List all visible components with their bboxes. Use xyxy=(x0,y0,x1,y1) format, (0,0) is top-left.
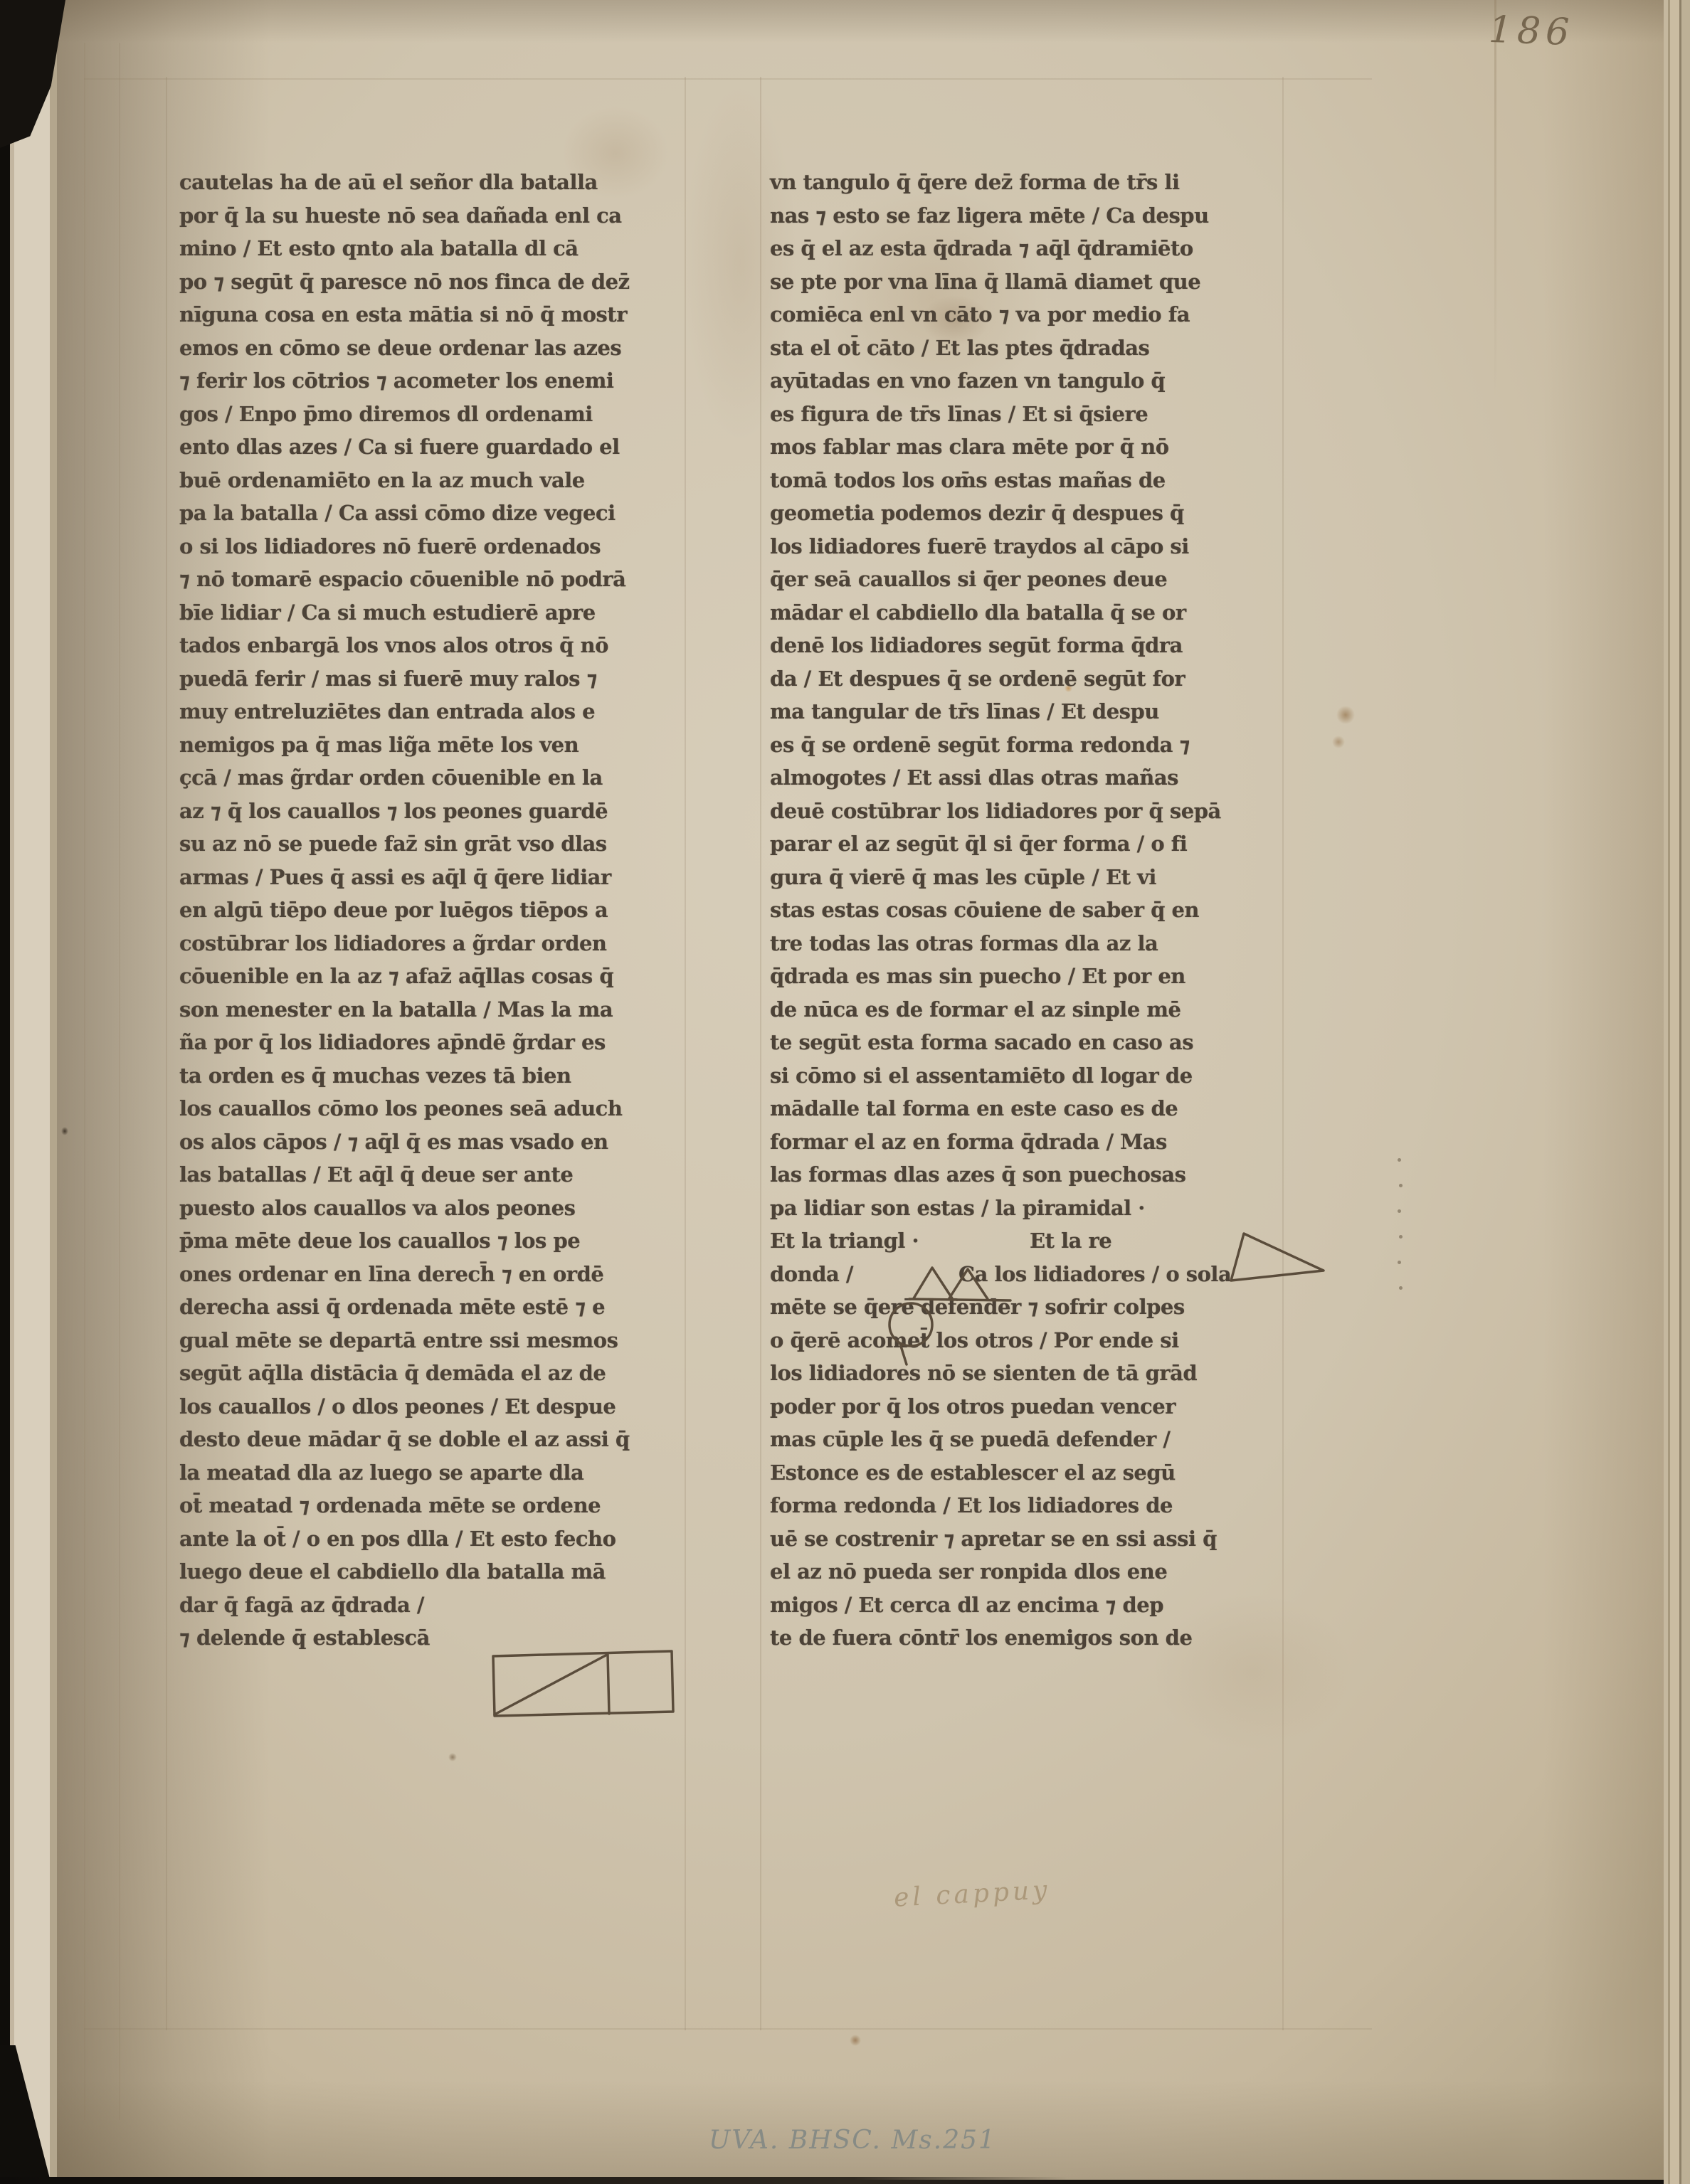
ruling-line xyxy=(166,77,167,2030)
manuscript-text-line: la meatad dla az luego se aparte dla xyxy=(179,1456,699,1490)
manuscript-text-line: puedā ferir / mas si fuerē muy ralos ⁊ xyxy=(179,662,699,696)
manuscript-text-line: forma redonda / Et los lidiadores de xyxy=(770,1489,1289,1522)
manuscript-text-line: tre todas las otras formas dla az la xyxy=(770,927,1289,960)
manuscript-text-line: o si los lidiadores nō fuerē ordenados xyxy=(179,530,699,563)
manuscript-text-line: es q̄ el az esta q̄drada ⁊ aq̄l q̄dramiē… xyxy=(770,232,1289,265)
pyramid-diagram xyxy=(1230,1231,1326,1285)
manuscript-text-line: los cauallos / o dlos peones / Et despue xyxy=(179,1390,699,1424)
manuscript-text-line: nas ⁊ esto se faz ligera mēte / Ca despu xyxy=(770,199,1289,233)
manuscript-text-line: gual mēte se departā entre ssi mesmos xyxy=(179,1324,699,1357)
manuscript-text-line: pa la batalla / Ca assi cōmo dize vegeci xyxy=(179,497,699,530)
page-edge xyxy=(1543,0,1664,2180)
manuscript-text-line: armas / Pues q̄ assi es aq̄l q̄ q̄ere li… xyxy=(179,861,699,894)
manuscript-text-line: es q̄ se ordenē segūt forma redonda ⁊ xyxy=(770,728,1289,762)
manuscript-text-line: por q̄ la su hueste nō sea dañada enl ca xyxy=(179,199,699,233)
manuscript-text-line: ento dlas azes / Ca si fuere guardado el xyxy=(179,430,699,464)
manuscript-text-line: mas cūple les q̄ se puedā defender / xyxy=(770,1423,1289,1456)
manuscript-text-line: az ⁊ q̄ los cauallos ⁊ los peones guardē xyxy=(179,795,699,828)
manuscript-text-line: muy entreluziētes dan entrada alos e xyxy=(179,695,699,728)
manuscript-text-line: puesto alos cauallos va alos peones xyxy=(179,1192,699,1225)
manuscript-text-line: po ⁊ segūt q̄ paresce nō nos finca de de… xyxy=(179,265,699,299)
stain xyxy=(61,1127,68,1135)
pricking-hole xyxy=(1399,1286,1403,1290)
manuscript-text-line: geometia podemos dezir q̄ despues q̄ xyxy=(770,497,1289,530)
manuscript-text-line: derecha assi q̄ ordenada mēte estē ⁊ e xyxy=(179,1290,699,1324)
pricking-hole xyxy=(1399,1184,1403,1187)
manuscript-text-line: ⁊ nō tomarē espacio cōuenible nō podrā xyxy=(179,563,699,596)
manuscript-text-line: las batallas / Et aq̄l q̄ deue ser ante xyxy=(179,1158,699,1192)
square-az-diagram xyxy=(490,1649,676,1720)
manuscript-text-line: emos en cōmo se deue ordenar las azes xyxy=(179,332,699,365)
pricking-hole xyxy=(1398,1158,1401,1162)
manuscript-text-line: te segūt esta forma sacado en caso as xyxy=(770,1026,1289,1059)
manuscript-text-line: nīguna cosa en esta mātia si nō q̄ mostr xyxy=(179,298,699,332)
marginal-note: el cappuy xyxy=(893,1875,1051,1912)
manuscript-text-line: parar el az segūt q̄l si q̄er forma / o … xyxy=(770,827,1289,861)
manuscript-text-line: su az nō se puede faz̄ sin grāt vso dlas xyxy=(179,827,699,861)
manuscript-text-line: nemigos pa q̄ mas lig̃a mēte los ven xyxy=(179,728,699,762)
manuscript-text-line: migos / Et cerca dl az encima ⁊ dep xyxy=(770,1589,1289,1622)
manuscript-text-line: Estonce es de establescer el az segū xyxy=(770,1456,1289,1490)
pricking-hole xyxy=(1399,1235,1403,1239)
right-text-column: vn tangulo q̄ q̄ere dez̄ forma de tr̄s l… xyxy=(770,166,1289,1655)
ruling-line xyxy=(119,43,120,2120)
manuscript-text-line: poder por q̄ los otros puedan vencer xyxy=(770,1390,1289,1424)
manuscript-text-line: vn tangulo q̄ q̄ere dez̄ forma de tr̄s l… xyxy=(770,166,1289,199)
manuscript-text-line: los cauallos cōmo los peones seā aduch xyxy=(179,1092,699,1125)
manuscript-text-line: o q̄erē acomet̄ los otros / Por ende si xyxy=(770,1324,1289,1357)
manuscript-text-line: ones ordenar en līna derech̄ ⁊ en ordē xyxy=(179,1258,699,1291)
manuscript-text-line: de nūca es de formar el az sinple mē xyxy=(770,993,1289,1027)
manuscript-text-line: donda /Ca los lidiadores / o sola xyxy=(770,1258,1289,1291)
manuscript-text-line: mos fablar mas clara mēte por q̄ nō xyxy=(770,430,1289,464)
manuscript-text-line: ante la ot̄ / o en pos dlla / Et esto fe… xyxy=(179,1522,699,1556)
manuscript-text-line: ta orden es q̄ muchas vezes tā bien xyxy=(179,1059,699,1093)
binding-bottom-edge xyxy=(0,2177,1067,2184)
manuscript-text-line: os alos cāpos / ⁊ aq̄l q̄ es mas vsado e… xyxy=(179,1125,699,1159)
manuscript-text-line: gura q̄ vierē q̄ mas les cūple / Et vi xyxy=(770,861,1289,894)
left-text-column: cautelas ha de aū el señor dla batallapo… xyxy=(179,166,699,1655)
ruling-line xyxy=(84,2028,1372,2030)
manuscript-text-line: ña por q̄ los lidiadores ap̄ndē g̃rdar e… xyxy=(179,1026,699,1059)
manuscript-text-line: dar q̄ fagā az q̄drada / xyxy=(179,1589,699,1622)
manuscript-text-line: te de fuera cōntr̄ los enemigos son de xyxy=(770,1621,1289,1655)
manuscript-text-line: gos / Enpo p̄mo diremos dl ordenami xyxy=(179,398,699,431)
manuscript-text-line: el az nō pueda ser ronpida dlos ene xyxy=(770,1555,1289,1589)
manuscript-text-line: pa lidiar son estas / la piramidal · xyxy=(770,1192,1289,1225)
ruling-line xyxy=(84,78,1372,80)
manuscript-text-line: da / Et despues q̄ se ordenē segūt for xyxy=(770,662,1289,696)
manuscript-text-line: Et la triangl ·Et la re xyxy=(770,1224,1289,1258)
manuscript-text-line: ⁊ ferir los cōtrios ⁊ acometer los enemi xyxy=(179,364,699,398)
manuscript-text-line: bīe lidiar / Ca si much estudierē apre xyxy=(179,596,699,630)
stain xyxy=(850,2035,861,2046)
stain xyxy=(448,1753,457,1761)
manuscript-text-line: en algū tiēpo deue por luēgos tiēpos a xyxy=(179,894,699,927)
stain xyxy=(1332,736,1345,748)
page-edges-right xyxy=(1664,0,1690,2184)
manuscript-text-line: costūbrar los lidiadores a g̃rdar orden xyxy=(179,927,699,960)
manuscript-text-line: las formas dlas azes q̄ son puechosas xyxy=(770,1158,1289,1192)
page-crease xyxy=(1494,0,1496,398)
manuscript-text-line: almogotes / Et assi dlas otras mañas xyxy=(770,761,1289,795)
pricking-hole xyxy=(1398,1261,1401,1264)
twin-triangle-diagram xyxy=(908,1263,1013,1305)
manuscript-text-line: mēte se q̄erē defender ⁊ sofrir colpes xyxy=(770,1290,1289,1324)
photo-background: 186 cautelas ha de aū el señor dla batal… xyxy=(0,0,1690,2184)
manuscript-text-line: los lidiadores fuerē traydos al cāpo si xyxy=(770,530,1289,563)
stain xyxy=(1336,706,1355,724)
manuscript-text-line: mādar el cabdiello dla batalla q̄ se or xyxy=(770,596,1289,630)
pricking-hole xyxy=(1398,1209,1401,1213)
manuscript-text-line: si cōmo si el assentamiēto dl logar de xyxy=(770,1059,1289,1093)
manuscript-text-line: segūt aq̄lla distācia q̄ demāda el az de xyxy=(179,1357,699,1390)
manuscript-text-line: çcā / mas g̃rdar orden cōuenible en la xyxy=(179,761,699,795)
manuscript-text-line: desto deue mādar q̄ se doble el az assi … xyxy=(179,1423,699,1456)
manuscript-text-line: es figura de tr̄s līnas / Et si q̄siere xyxy=(770,398,1289,431)
ruling-line xyxy=(84,43,85,2120)
manuscript-text-line: ayūtadas en vno fazen vn tangulo q̄ xyxy=(770,364,1289,398)
manuscript-text-line: p̄ma mēte deue los cauallos ⁊ los pe xyxy=(179,1224,699,1258)
shelfmark-caption: UVA. BHSC. Ms.251 xyxy=(709,2126,996,2155)
manuscript-text-line: buē ordenamiēto en la az much vale xyxy=(179,464,699,497)
manuscript-text-line: ot̄ meatad ⁊ ordenada mēte se ordene xyxy=(179,1489,699,1522)
manuscript-page: 186 cautelas ha de aū el señor dla batal… xyxy=(57,0,1664,2180)
manuscript-text-line: luego deue el cabdiello dla batalla mā xyxy=(179,1555,699,1589)
manuscript-text-line: stas estas cosas cōuiene de saber q̄ en xyxy=(770,894,1289,927)
manuscript-text-line: q̄drada es mas sin puecho / Et por en xyxy=(770,960,1289,993)
manuscript-text-line: denē los lidiadores segūt forma q̄dra xyxy=(770,629,1289,662)
manuscript-text-line: tomā todos los om̄s estas mañas de xyxy=(770,464,1289,497)
manuscript-text-line: los lidiadores nō se sienten de tā grād xyxy=(770,1357,1289,1390)
underlying-page-edge xyxy=(0,0,57,2184)
manuscript-text-line: sta el ot̄ cāto / Et las ptes q̄dradas xyxy=(770,332,1289,365)
manuscript-text-line: tados enbargā los vnos alos otros q̄ nō xyxy=(179,629,699,662)
manuscript-text-line: deuē costūbrar los lidiadores por q̄ sep… xyxy=(770,795,1289,828)
folio-number: 186 xyxy=(1488,9,1575,54)
manuscript-text-line: mādalle tal forma en este caso es de xyxy=(770,1092,1289,1125)
manuscript-text-line: son menester en la batalla / Mas la ma xyxy=(179,993,699,1027)
manuscript-text-line: se pte por vna līna q̄ llamā diamet que xyxy=(770,265,1289,299)
manuscript-text-line: formar el az en forma q̄drada / Mas xyxy=(770,1125,1289,1159)
manuscript-text-line: mino / Et esto qnto ala batalla dl cā xyxy=(179,232,699,265)
manuscript-text-line: q̄er seā cauallos si q̄er peones deue xyxy=(770,563,1289,596)
manuscript-text-line: comiēca enl vn cāto ⁊ va por medio fa xyxy=(770,298,1289,332)
page-edge xyxy=(57,0,1664,43)
circle-diagram xyxy=(886,1300,937,1369)
manuscript-text-line: uē se costrenir ⁊ apretar se en ssi assi… xyxy=(770,1522,1289,1556)
manuscript-text-line: cautelas ha de aū el señor dla batalla xyxy=(179,166,699,199)
manuscript-text-line: ma tangular de tr̄s līnas / Et despu xyxy=(770,695,1289,728)
manuscript-text-line: cōuenible en la az ⁊ afaz̄ aq̄llas cosas… xyxy=(179,960,699,993)
